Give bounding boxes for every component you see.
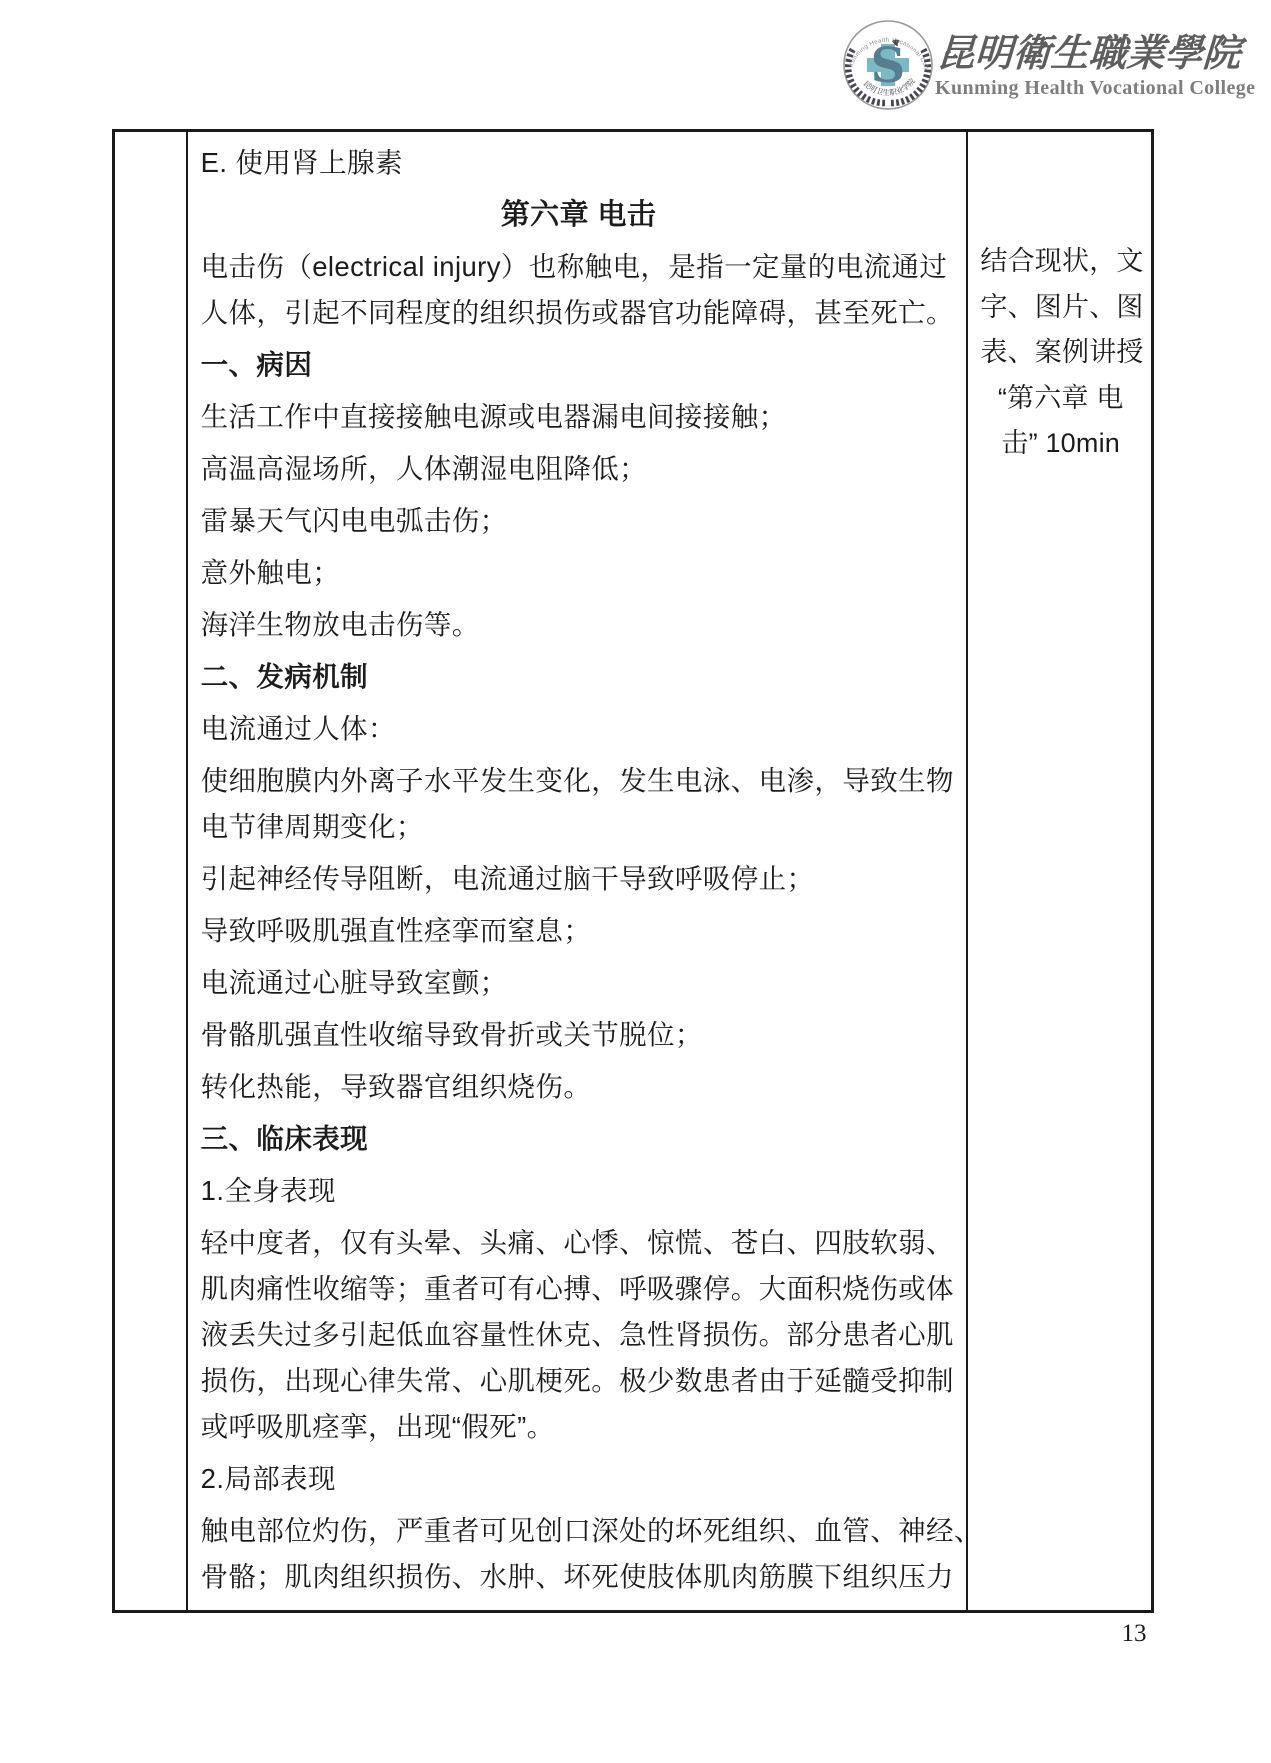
text-line: 电流通过人体： <box>201 706 957 752</box>
text-line: 意外触电； <box>201 550 957 596</box>
note-line: 表、案例讲授 <box>980 330 1141 376</box>
notes-column: 结合现状，文字、图片、图表、案例讲授“第六章 电击” 10min <box>966 132 1151 1610</box>
text-line: 触电部位灼伤，严重者可见创口深处的坏死组织、血管、神经、 <box>201 1508 957 1554</box>
paragraph: 电击伤（electrical injury）也称触电，是指一定量的电流通过人体，… <box>201 244 957 336</box>
paragraph: 2.局部表现 <box>201 1456 957 1502</box>
college-seal-icon: S Kunming Health Vocational College 昆明卫生… <box>842 19 934 111</box>
paragraph: 高温高湿场所，人体潮湿电阻降低； <box>201 446 957 492</box>
text-line: 使细胞膜内外离子水平发生变化，发生电泳、电渗，导致生物 <box>201 758 957 804</box>
page-number: 13 <box>1110 1620 1158 1648</box>
section-heading: 一、病因 <box>201 342 957 388</box>
paragraph: E. 使用肾上腺素 <box>201 140 957 186</box>
section-heading: 第六章 电击 <box>201 192 957 238</box>
text-line: 雷暴天气闪电电弧击伤； <box>201 498 957 544</box>
text-line: 1.全身表现 <box>201 1168 957 1214</box>
text-line: 电流通过心脏导致室颤； <box>201 960 957 1006</box>
paragraph: 触电部位灼伤，严重者可见创口深处的坏死组织、血管、神经、骨骼；肌肉组织损伤、水肿… <box>201 1508 957 1600</box>
text-line: 二、发病机制 <box>201 654 957 700</box>
paragraph: 海洋生物放电击伤等。 <box>201 602 957 648</box>
paragraph: 意外触电； <box>201 550 957 596</box>
text-line: 三、临床表现 <box>201 1116 957 1162</box>
text-line: 海洋生物放电击伤等。 <box>201 602 957 648</box>
paragraph: 电流通过心脏导致室颤； <box>201 960 957 1006</box>
paragraph: 生活工作中直接接触电源或电器漏电间接接触； <box>201 394 957 440</box>
paragraph: 使细胞膜内外离子水平发生变化，发生电泳、电渗，导致生物电节律周期变化； <box>201 758 957 850</box>
text-line: 高温高湿场所，人体潮湿电阻降低； <box>201 446 957 492</box>
text-line: 生活工作中直接接触电源或电器漏电间接接触； <box>201 394 957 440</box>
lesson-plan-table: E. 使用肾上腺素第六章 电击电击伤（electrical injury）也称触… <box>112 129 1154 1613</box>
paragraph: 轻中度者，仅有头晕、头痛、心悸、惊慌、苍白、四肢软弱、肌肉痛性收缩等；重者可有心… <box>201 1220 957 1450</box>
text-line: 或呼吸肌痉挛，出现“假死”。 <box>201 1404 957 1450</box>
text-line: 电击伤（electrical injury）也称触电，是指一定量的电流通过 <box>201 244 957 290</box>
paragraph: 雷暴天气闪电电弧击伤； <box>201 498 957 544</box>
text-line: 转化热能，导致器官组织烧伤。 <box>201 1064 957 1110</box>
text-line: 一、病因 <box>201 342 957 388</box>
text-line: 轻中度者，仅有头晕、头痛、心悸、惊慌、苍白、四肢软弱、 <box>201 1220 957 1266</box>
paragraph: 1.全身表现 <box>201 1168 957 1214</box>
paragraph: 电流通过人体： <box>201 706 957 752</box>
text-line: E. 使用肾上腺素 <box>201 140 957 186</box>
text-line: 损伤，出现心律失常、心肌梗死。极少数患者由于延髓受抑制 <box>201 1358 957 1404</box>
paragraph: 导致呼吸肌强直性痉挛而窒息； <box>201 908 957 954</box>
note-line: 字、图片、图 <box>980 285 1141 331</box>
college-logo: S Kunming Health Vocational College 昆明卫生… <box>842 19 934 111</box>
main-column: E. 使用肾上腺素第六章 电击电击伤（electrical injury）也称触… <box>188 132 967 1610</box>
paragraph: 转化热能，导致器官组织烧伤。 <box>201 1064 957 1110</box>
note-line: “第六章 电 <box>980 376 1141 422</box>
table-left-empty-column <box>115 132 188 1610</box>
text-line: 电节律周期变化； <box>201 804 957 850</box>
note-line: 击” 10min <box>980 421 1141 467</box>
text-line: 人体，引起不同程度的组织损伤或器官功能障碍，甚至死亡。 <box>201 290 957 336</box>
text-line: 导致呼吸肌强直性痉挛而窒息； <box>201 908 957 954</box>
text-line: 第六章 电击 <box>201 192 957 238</box>
document-page: { "colors": { "border": "#1a1a1a", "text… <box>0 0 1271 1763</box>
section-heading: 二、发病机制 <box>201 654 957 700</box>
text-line: 肌肉痛性收缩等；重者可有心搏、呼吸骤停。大面积烧伤或体 <box>201 1266 957 1312</box>
college-name-english: Kunming Health Vocational College <box>935 77 1245 100</box>
note-line: 结合现状，文 <box>980 239 1141 285</box>
text-line: 2.局部表现 <box>201 1456 957 1502</box>
section-heading: 三、临床表现 <box>201 1116 957 1162</box>
text-line: 液丢失过多引起低血容量性休克、急性肾损伤。部分患者心肌 <box>201 1312 957 1358</box>
paragraph: 引起神经传导阻断，电流通过脑干导致呼吸停止； <box>201 856 957 902</box>
text-line: 骨骼肌强直性收缩导致骨折或关节脱位； <box>201 1012 957 1058</box>
text-line: 骨骼；肌肉组织损伤、水肿、坏死使肢体肌肉筋膜下组织压力 <box>201 1554 957 1600</box>
college-name-calligraphy: 昆明衛生職業學院 <box>936 22 1239 74</box>
text-line: 引起神经传导阻断，电流通过脑干导致呼吸停止； <box>201 856 957 902</box>
paragraph: 骨骼肌强直性收缩导致骨折或关节脱位； <box>201 1012 957 1058</box>
